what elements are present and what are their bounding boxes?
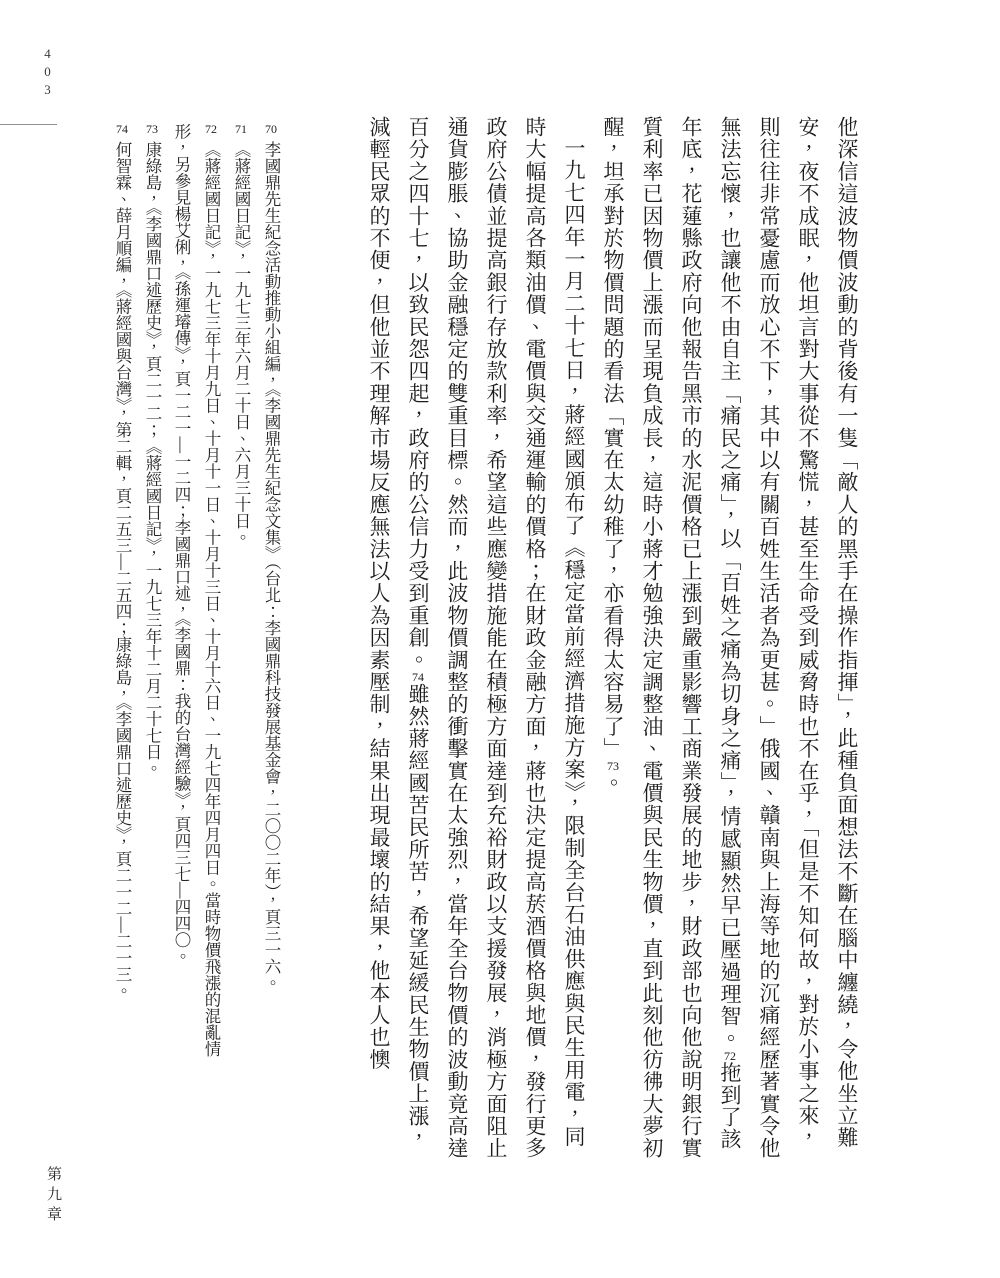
footnote-71-number: 71 (234, 123, 248, 135)
header-rule (0, 124, 57, 125)
footnote-70: 70李國鼎先生紀念活動推動小組編，《李國鼎先生紀念文集》（台北：李國鼎科技發展基… (256, 123, 286, 1081)
footnote-72: 72《蔣經國日記》，一九七三年十月九日、十月十一日、十月十三日、十月十六日、一九… (167, 123, 226, 1081)
footnote-73-text: 康綠島，《李國鼎口述歷史》，頁二一二；《蔣經國日記》，一九七三年十二月二十七日。 (143, 141, 162, 776)
footnote-71-text: 《蔣經國日記》，一九七三年六月二十日、六月三十日。 (232, 141, 251, 545)
footnotes: 70李國鼎先生紀念活動推動小組編，《李國鼎先生紀念文集》（台北：李國鼎科技發展基… (96, 123, 286, 1081)
paragraph-2: 一九七四年一月二十七日，蔣經國頒布了《穩定當前經濟措施方案》，限制全台石油供應與… (359, 116, 593, 1162)
footnote-70-text: 李國鼎先生紀念活動推動小組編，《李國鼎先生紀念文集》（台北：李國鼎科技發展基金會… (262, 141, 281, 991)
paragraph-1-text: 。 (601, 772, 625, 794)
footnote-73: 73康綠島，《李國鼎口述歷史》，頁二一二；《蔣經國日記》，一九七三年十二月二十七… (137, 123, 167, 1081)
chapter-marker: 第九章 (43, 1166, 64, 1226)
page-number: 403 (39, 46, 55, 100)
footnote-72-text: 《蔣經國日記》，一九七三年十月九日、十月十一日、十月十三日、十月十六日、一九七四… (172, 123, 221, 1057)
footnote-ref-73: 73 (606, 760, 620, 772)
footnote-ref-72: 72 (723, 1050, 737, 1062)
footnote-73-number: 73 (145, 123, 159, 135)
paragraph-2-text: 一九七四年一月二十七日，蔣經國頒布了《穩定當前經濟措施方案》，限制全台石油供應與… (406, 116, 586, 1159)
footnote-ref-74: 74 (411, 671, 425, 683)
main-text: 他深信這波物價波動的背後有一隻「敵人的黑手在操作指揮」，此種負面想法不斷在腦中纏… (336, 116, 866, 1162)
footnote-70-number: 70 (264, 123, 278, 135)
footnote-72-number: 72 (204, 123, 218, 135)
paragraph-1-text: 他深信這波物價波動的背後有一隻「敵人的黑手在操作指揮」，此種負面想法不斷在腦中纏… (718, 116, 859, 1159)
footnote-71: 71《蔣經國日記》，一九七三年六月二十日、六月三十日。 (226, 123, 256, 1081)
footnote-74: 74何智霖、薛月順編，《蔣經國與台灣》，第二輯，頁二五三—二五四；康綠島，《李國… (107, 123, 137, 1081)
paragraph-1: 他深信這波物價波動的背後有一隻「敵人的黑手在操作指揮」，此種負面想法不斷在腦中纏… (593, 116, 866, 1162)
footnote-74-number: 74 (115, 123, 129, 135)
footnote-74-text: 何智霖、薛月順編，《蔣經國與台灣》，第二輯，頁二五三—二五四；康綠島，《李國鼎口… (113, 141, 132, 999)
